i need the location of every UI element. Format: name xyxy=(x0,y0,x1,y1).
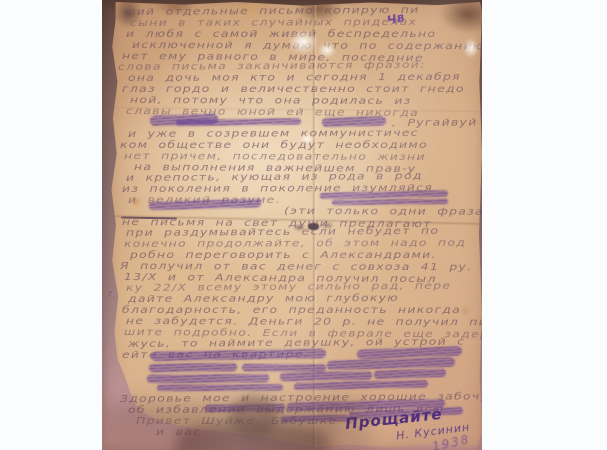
handwriting-line: нет причем, последовательно жизни xyxy=(124,151,426,163)
handwriting-line: дайте Александру мою глубокую xyxy=(128,293,399,305)
handwriting-line: глаз гордо и величественно стоит гнедо xyxy=(122,84,465,95)
handwriting-line: ший отдельные письмо копирую пи xyxy=(124,5,420,18)
handwriting-line: и любя с самой живой беспредельно xyxy=(126,29,436,40)
handwriting-line: при раздумывайтесь если небудет по xyxy=(126,226,439,239)
handwriting-line: (эти только одни фраза) xyxy=(284,206,482,218)
redaction-scribble xyxy=(147,374,269,383)
photographer-shadow-column xyxy=(326,398,370,450)
margin-mark: С. xyxy=(107,131,117,141)
margin-mark: 7. xyxy=(107,290,115,299)
handwriting-line: ком обществе они будут необходимо xyxy=(120,140,428,151)
redaction-scribble xyxy=(157,384,283,391)
handwriting-line: ку 22/X всему этому сильно рад, пере xyxy=(126,281,451,294)
handwriting-line: сыни в таких случайных приделах xyxy=(130,17,417,29)
white-background: ший отдельные письмо копирую писыни в та… xyxy=(0,0,607,450)
glare-spot xyxy=(318,42,336,58)
redaction-scribble xyxy=(242,364,326,372)
handwriting-line: робно переговорить с Александрами. xyxy=(130,250,437,261)
redaction-scribble xyxy=(149,363,237,372)
redaction-scribble xyxy=(280,371,372,381)
photographer-shadow-body xyxy=(176,423,328,450)
glare-spot xyxy=(300,134,314,144)
letter-photograph: ший отдельные письмо копирую писыни в та… xyxy=(102,0,482,450)
handwriting-line: и уже в созревшем коммунистичес xyxy=(128,128,419,140)
glare-spot xyxy=(288,30,318,54)
glare-spot xyxy=(463,38,479,58)
handwriting-line: , Ругайвуй xyxy=(392,117,478,129)
redaction-scribble xyxy=(322,116,386,127)
handwriting-line: благодарность, его преданность никогда xyxy=(122,305,461,316)
margin-mark: год xyxy=(102,51,114,67)
handwriting-line: конечно продолжайте, об этом надо под xyxy=(124,238,466,250)
handwriting-line: и крепость, кующая из рода в род xyxy=(126,171,423,184)
handwriting-line: она дочь моя кто и сегодня 1 декабря xyxy=(128,72,461,84)
